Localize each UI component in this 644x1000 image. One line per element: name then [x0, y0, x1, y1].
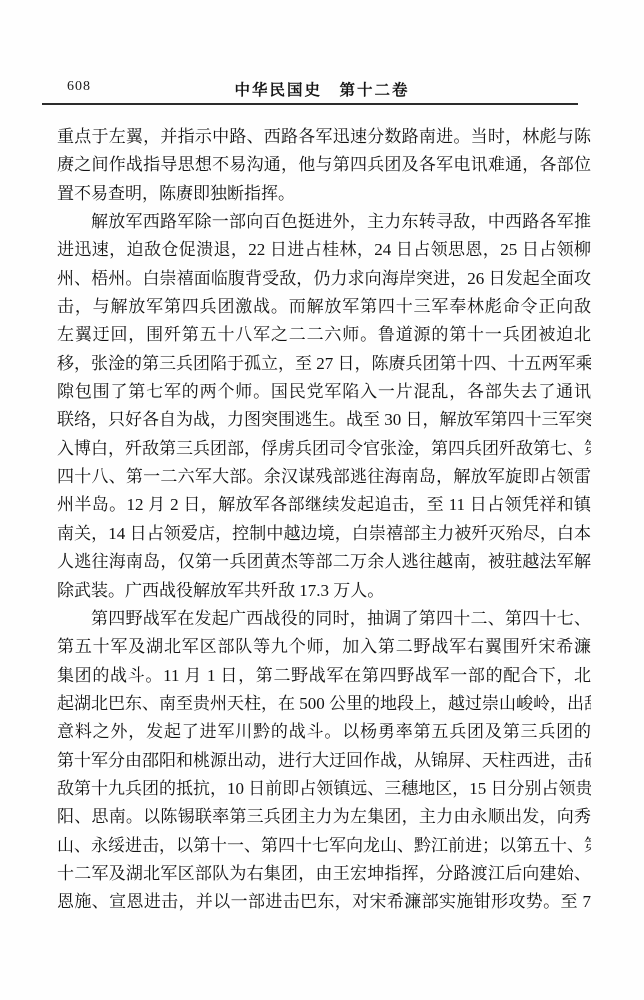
paragraph: 解放军西路军除一部向百色挺进外，主力东转寻敌，中西路各军推 进迅速，迫敌仓促溃退…	[57, 208, 591, 605]
text-line: 第十军分由邵阳和桃源出动，进行大迂回作战，从锦屏、天柱西进，击破	[57, 747, 591, 775]
text-line: 解放军西路军除一部向百色挺进外，主力东转寻敌，中西路各军推	[57, 208, 591, 236]
book-page: 608 中华民国史 第十二卷 重点于左翼，并指示中路、西路各军迅速分数路南进。当…	[0, 0, 644, 1000]
text-line: 州半岛。12 月 2 日，解放军各部继续发起追击，至 11 日占领凭祥和镇	[57, 491, 591, 519]
text-line: 阳、思南。以陈锡联率第三兵团主力为左集团，主力由永顺出发，向秀	[57, 803, 591, 831]
text-line: 第四野战军在发起广西战役的同时，抽调了第四十二、第四十七、	[57, 605, 591, 633]
text-line: 起湖北巴东、南至贵州天柱，在 500 公里的地段上，越过崇山峻岭，出敌	[57, 690, 591, 718]
text-line: 南关，14 日占领爱店，控制中越边境，白崇禧部主力被歼灭殆尽，白本	[57, 520, 591, 548]
text-line: 隙包围了第七军的两个师。国民党军陷入一片混乱，各部失去了通讯	[57, 378, 591, 406]
running-title: 中华民国史 第十二卷	[0, 78, 644, 100]
text-line: 第五十军及湖北军区部队等九个师，加入第二野战军右翼围歼宋希濂	[57, 633, 591, 661]
text-line: 击，与解放军第四兵团激战。而解放军第四十三军奉林彪命令正向敌	[57, 293, 591, 321]
text-line: 重点于左翼，并指示中路、西路各军迅速分数路南进。当时，林彪与陈	[57, 123, 591, 151]
text-line: 入博白，歼敌第三兵团部，俘虏兵团司令官张淦，第四兵团歼敌第七、第	[57, 435, 591, 463]
text-line: 人逃往海南岛，仅第一兵团黄杰等部二万余人逃往越南，被驻越法军解	[57, 548, 591, 576]
text-line: 敌第十九兵团的抵抗，10 日前即占领镇远、三穗地区，15 日分别占领贵	[57, 775, 591, 803]
text-line: 州、梧州。白崇禧面临腹背受敌，仍力求向海岸突进，26 日发起全面攻	[57, 265, 591, 293]
text-line: 四十八、第一二六军大部。余汉谋残部逃往海南岛，解放军旋即占领雷	[57, 463, 591, 491]
text-line: 置不易查明，陈赓即独断指挥。	[57, 180, 591, 208]
text-line: 恩施、宣恩进击，并以一部进击巴东，对宋希濂部实施钳形攻势。至 7	[57, 888, 591, 916]
text-line: 十二军及湖北军区部队为右集团，由王宏坤指挥，分路渡江后向建始、	[57, 860, 591, 888]
text-line: 赓之间作战指导思想不易沟通，他与第四兵团及各军电讯难通，各部位	[57, 151, 591, 179]
text-line: 移，张淦的第三兵团陷于孤立，至 27 日，陈赓兵团第十四、十五两军乘	[57, 350, 591, 378]
page-header: 608 中华民国史 第十二卷	[0, 78, 644, 98]
page-body: 重点于左翼，并指示中路、西路各军迅速分数路南进。当时，林彪与陈 赓之间作战指导思…	[57, 123, 591, 917]
text-line: 除武装。广西战役解放军共歼敌 17.3 万人。	[57, 577, 591, 605]
text-line: 意料之外，发起了进军川黔的战斗。以杨勇率第五兵团及第三兵团的	[57, 718, 591, 746]
paragraph: 重点于左翼，并指示中路、西路各军迅速分数路南进。当时，林彪与陈 赓之间作战指导思…	[57, 123, 591, 208]
text-line: 山、永绥进击，以第十一、第四十七军向龙山、黔江前进；以第五十、第四	[57, 832, 591, 860]
paragraph: 第四野战军在发起广西战役的同时，抽调了第四十二、第四十七、 第五十军及湖北军区部…	[57, 605, 591, 917]
header-rule	[42, 103, 578, 105]
text-line: 进迅速，迫敌仓促溃退，22 日进占桂林，24 日占领思恩，25 日占领柳	[57, 236, 591, 264]
text-line: 集团的战斗。11 月 1 日，第二野战军在第四野战军一部的配合下，北	[57, 662, 591, 690]
text-line: 联络，只好各自为战，力图突围逃生。战至 30 日，解放军第四十三军突	[57, 406, 591, 434]
text-line: 左翼迂回，围歼第五十八军之二二六师。鲁道源的第十一兵团被迫北	[57, 321, 591, 349]
